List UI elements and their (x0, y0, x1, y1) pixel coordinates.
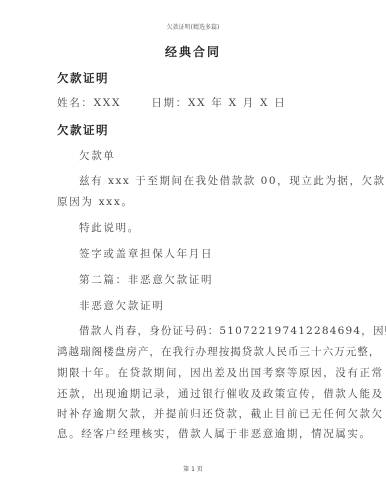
signature-line: 签字或盖章担保人年月日 (79, 247, 354, 261)
section-heading: 欠款证明 (57, 71, 332, 85)
paragraph-line: 息。经客户经理核实，借款人属于非恶意逾期，情况属实。 (57, 427, 332, 441)
closing-text: 特此说明。 (79, 221, 354, 235)
paragraph-line: 还款，出现逾期记录，通过银行催收及政策宣传，借款人能及 (57, 387, 332, 401)
page-number: 第 1 页 (0, 464, 386, 473)
paragraph-line: 原因为 xxx。 (57, 195, 332, 209)
paragraph-line: 期限十年。在贷款期间，因出差及出国考察等原因，没有正常 (57, 366, 332, 380)
section-heading: 欠款证明 (57, 123, 332, 137)
paragraph-line: 借款人肖春，身份证号码：510722197412284694，因购买 (79, 324, 354, 338)
name-date-line: 姓名：XXX 日期：XX 年 X 月 X 日 (57, 96, 332, 110)
section-heading: 非恶意欠款证明 (79, 299, 354, 313)
paragraph-line: 鸿越瑞阁楼盘房产，在我行办理按揭贷款人民币三十六万元整， (57, 345, 332, 359)
paragraph-line: 时补存逾期欠款，并提前归还贷款，截止目前已无任何欠款欠 (57, 407, 332, 421)
document-title: 经典合同 (0, 43, 386, 60)
running-header: 欠款证明(精选多篇) (0, 22, 386, 31)
subtitle: 欠款单 (79, 149, 354, 163)
part-title: 第二篇：非恶意欠款证明 (79, 273, 354, 287)
paragraph-line: 兹有 xxx 于至期间在我处借款款 00，现立此为据，欠款 (79, 174, 354, 188)
